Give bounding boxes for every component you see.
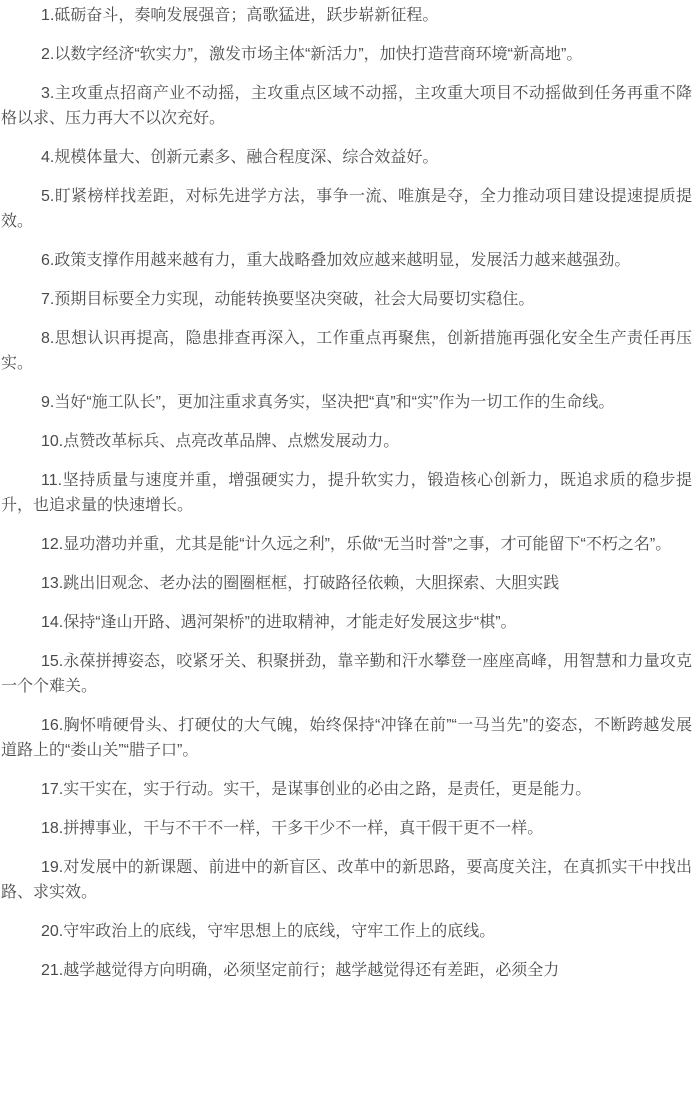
paragraph-3: 3.主攻重点招商产业不动摇，主攻重点区域不动摇，主攻重大项目不动摇做到任务再重不… bbox=[1, 81, 692, 131]
paragraph-13: 13.跳出旧观念、老办法的圈圈框框，打破路径依赖，大胆探索、大胆实践 bbox=[1, 571, 692, 596]
paragraph-11: 11.坚持质量与速度并重，增强硬实力，提升软实力，锻造核心创新力，既追求质的稳步… bbox=[1, 468, 692, 518]
paragraph-8: 8.思想认识再提高，隐患排查再深入，工作重点再聚焦，创新措施再强化安全生产责任再… bbox=[1, 326, 692, 376]
paragraph-1: 1.砥砺奋斗，奏响发展强音；高歌猛进，跃步崭新征程。 bbox=[1, 3, 692, 28]
paragraph-20: 20.守牢政治上的底线，守牢思想上的底线，守牢工作上的底线。 bbox=[1, 919, 692, 944]
document-body: 1.砥砺奋斗，奏响发展强音；高歌猛进，跃步崭新征程。 2.以数字经济“软实力”，… bbox=[0, 0, 693, 1097]
paragraph-17: 17.实干实在，实于行动。实干，是谋事创业的必由之路，是责任，更是能力。 bbox=[1, 777, 692, 802]
paragraph-2: 2.以数字经济“软实力”，激发市场主体“新活力”，加快打造营商环境“新高地”。 bbox=[1, 42, 692, 67]
paragraph-21: 21.越学越觉得方向明确，必须坚定前行；越学越觉得还有差距，必须全力 bbox=[1, 958, 692, 983]
paragraph-18: 18.拼搏事业，干与不干不一样，干多干少不一样，真干假干更不一样。 bbox=[1, 816, 692, 841]
paragraph-6: 6.政策支撑作用越来越有力，重大战略叠加效应越来越明显，发展活力越来越强劲。 bbox=[1, 248, 692, 273]
paragraph-19: 19.对发展中的新课题、前进中的新盲区、改革中的新思路，要高度关注，在真抓实干中… bbox=[1, 855, 692, 905]
paragraph-5: 5.盯紧榜样找差距，对标先进学方法，事争一流、唯旗是夺，全力推动项目建设提速提质… bbox=[1, 184, 692, 234]
paragraph-4: 4.规模体量大、创新元素多、融合程度深、综合效益好。 bbox=[1, 145, 692, 170]
paragraph-12: 12.显功潜功并重，尤其是能“计久远之利”，乐做“无当时誉”之事，才可能留下“不… bbox=[1, 532, 692, 557]
paragraph-16: 16.胸怀啃硬骨头、打硬仗的大气魄，始终保持“冲锋在前”“一马当先”的姿态，不断… bbox=[1, 713, 692, 763]
paragraph-10: 10.点赞改革标兵、点亮改革品牌、点燃发展动力。 bbox=[1, 429, 692, 454]
paragraph-15: 15.永葆拼搏姿态，咬紧牙关、积聚拼劲，靠辛勤和汗水攀登一座座高峰，用智慧和力量… bbox=[1, 649, 692, 699]
paragraph-7: 7.预期目标要全力实现，动能转换要坚决突破，社会大局要切实稳住。 bbox=[1, 287, 692, 312]
paragraph-9: 9.当好“施工队长”，更加注重求真务实，坚决把“真”和“实”作为一切工作的生命线… bbox=[1, 390, 692, 415]
paragraph-14: 14.保持“逢山开路、遇河架桥”的进取精神，才能走好发展这步“棋”。 bbox=[1, 610, 692, 635]
